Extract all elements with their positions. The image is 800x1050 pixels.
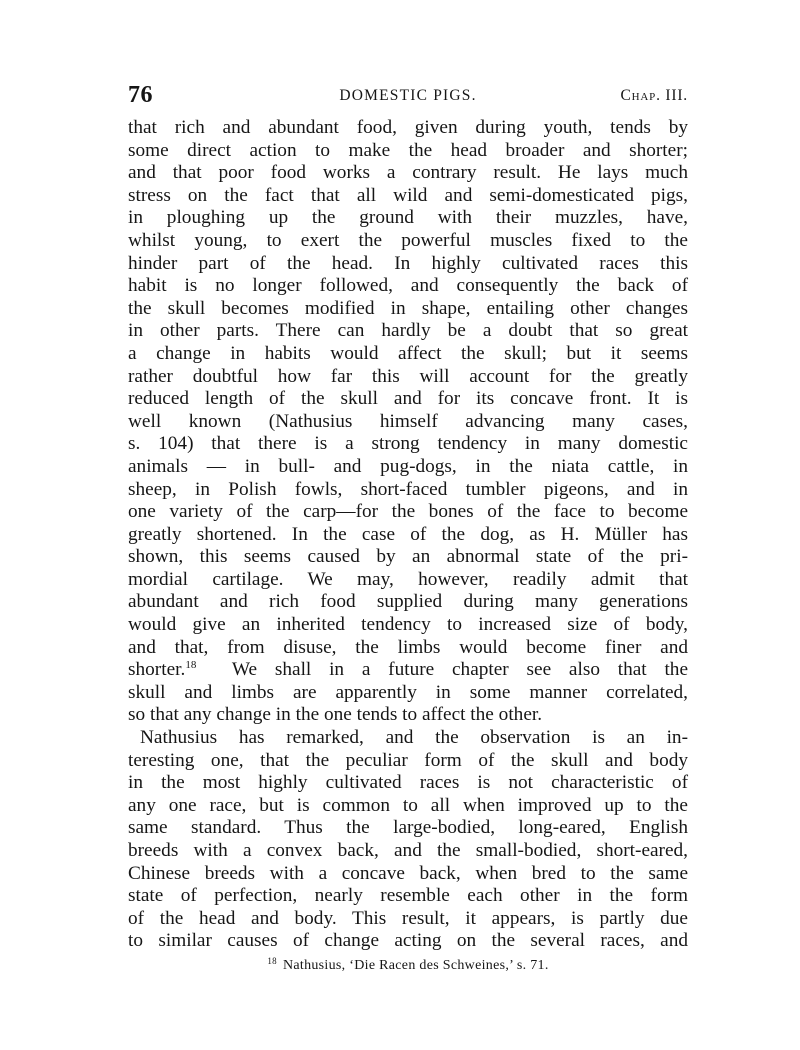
footnote-reference[interactable]: 18	[185, 659, 196, 671]
footnote-text: Nathusius, ‘Die Racen des Schweines,’ s.…	[283, 958, 549, 973]
text-line: mordial cartilage. We may, however, read…	[128, 569, 688, 592]
text-line: one variety of the carp—for the bones of…	[128, 501, 688, 524]
text-line-with-footnote: shorter.18 We shall in a future chapter …	[128, 659, 688, 682]
text-fragment: We shall in a future chapter see also th…	[232, 659, 688, 680]
text-line: same standard. Thus the large-bodied, lo…	[128, 817, 688, 840]
text-line: sheep, in Polish fowls, short-faced tumb…	[128, 479, 688, 502]
text-line: reduced length of the skull and for its …	[128, 388, 688, 411]
text-line: shown, this seems caused by an abnormal …	[128, 546, 688, 569]
chapter-label-text: Chap. III.	[621, 87, 688, 104]
footnote-number: 18	[267, 956, 277, 966]
paragraph-start-line: Nathusius has remarked, and the observat…	[128, 727, 688, 750]
text-line: and that, from disuse, the limbs would b…	[128, 637, 688, 660]
paragraph-end-line: so that any change in the one tends to a…	[128, 704, 688, 727]
text-line: in the most highly cultivated races is n…	[128, 772, 688, 795]
text-line: in ploughing up the ground with their mu…	[128, 207, 688, 230]
body-text: that rich and abundant food, given durin…	[128, 117, 688, 953]
text-line: some direct action to make the head broa…	[128, 140, 688, 163]
text-line: that rich and abundant food, given durin…	[128, 117, 688, 140]
running-title: DOMESTIC PIGS.	[128, 87, 688, 105]
text-line: stress on the fact that all wild and sem…	[128, 185, 688, 208]
text-line: habit is no longer followed, and consequ…	[128, 275, 688, 298]
text-line: state of perfection, nearly resemble eac…	[128, 885, 688, 908]
text-line: in other parts. There can hardly be a do…	[128, 320, 688, 343]
text-line: greatly shortened. In the case of the do…	[128, 524, 688, 547]
text-line: any one race, but is common to all when …	[128, 795, 688, 818]
text-line: breeds with a convex back, and the small…	[128, 840, 688, 863]
text-line: to similar causes of change acting on th…	[128, 930, 688, 953]
chapter-label: Chap. III.	[621, 87, 688, 105]
text-line: teresting one, that the peculiar form of…	[128, 750, 688, 773]
text-line: well known (Nathusius himself advancing …	[128, 411, 688, 434]
text-line: s. 104) that there is a strong tendency …	[128, 433, 688, 456]
text-line: would give an inherited tendency to incr…	[128, 614, 688, 637]
footnote: 18Nathusius, ‘Die Racen des Schweines,’ …	[128, 958, 688, 974]
text-line: abundant and rich food supplied during m…	[128, 591, 688, 614]
text-fragment: shorter.	[128, 659, 185, 680]
text-line: rather doubtful how far this will accoun…	[128, 366, 688, 389]
text-line: of the head and body. This result, it ap…	[128, 908, 688, 931]
text-line: a change in habits would affect the skul…	[128, 343, 688, 366]
text-line: hinder part of the head. In highly culti…	[128, 253, 688, 276]
text-line: the skull becomes modified in shape, ent…	[128, 298, 688, 321]
text-line: skull and limbs are apparently in some m…	[128, 682, 688, 705]
text-line: Chinese breeds with a concave back, when…	[128, 863, 688, 886]
text-line: whilst young, to exert the powerful musc…	[128, 230, 688, 253]
book-page: 76 DOMESTIC PIGS. Chap. III. that rich a…	[0, 0, 800, 1050]
text-line: animals — in bull- and pug-dogs, in the …	[128, 456, 688, 479]
text-line: and that poor food works a contrary resu…	[128, 162, 688, 185]
running-head: 76 DOMESTIC PIGS. Chap. III.	[128, 82, 688, 112]
